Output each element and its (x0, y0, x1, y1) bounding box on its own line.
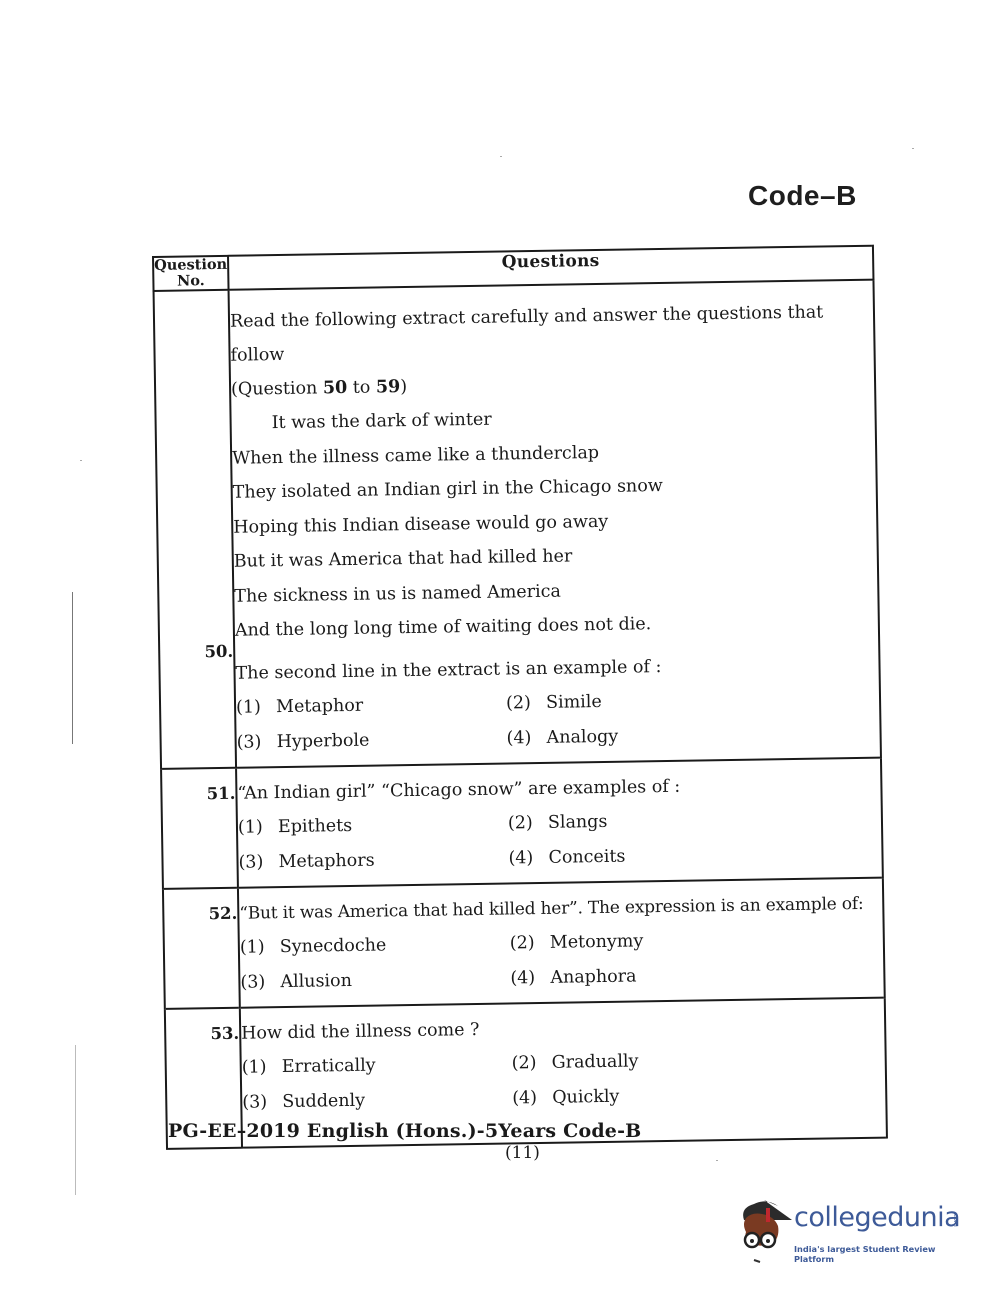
option-number: (2) (510, 925, 551, 961)
option: (2)Metonymy (510, 920, 884, 961)
option-number: (3) (236, 725, 277, 761)
option: (4)Conceits (508, 835, 882, 876)
option-number: (4) (508, 840, 549, 876)
option: (1)Metaphor (236, 686, 507, 725)
option-text: Erratically (282, 1055, 376, 1076)
option-text: Metonymy (550, 931, 644, 952)
option: (1)Epithets (238, 806, 509, 845)
option-text: Anaphora (550, 966, 636, 987)
option-text: Gradually (552, 1051, 639, 1072)
range-prefix: (Question (231, 378, 323, 399)
option: (3)Allusion (240, 961, 511, 1000)
question-number: 50. (160, 627, 234, 670)
option-text: Conceits (548, 846, 625, 867)
table-row: 51. “An Indian girl” “Chicago snow” are … (161, 757, 883, 888)
option-number: (1) (241, 1050, 282, 1086)
question-number: 52. (164, 888, 238, 931)
option-number: (1) (236, 690, 277, 726)
question-number: 53. (166, 1008, 240, 1051)
question-number-cell: 50. (154, 290, 236, 769)
option-number: (1) (238, 810, 279, 846)
paper-code: Code–B (748, 180, 857, 212)
option-number: (2) (511, 1045, 552, 1081)
option: (1)Erratically (241, 1046, 512, 1085)
option: (2)Simile (506, 680, 880, 721)
option-number: (1) (240, 930, 281, 966)
option-text: Hyperbole (276, 730, 369, 751)
scan-speck (500, 156, 502, 157)
range-start: 50 (323, 378, 348, 398)
option-text: Epithets (278, 815, 353, 836)
option-text: Slangs (548, 811, 608, 832)
passage-instruction: Read the following extract carefully and… (230, 281, 874, 373)
brand-name: collegedunia (794, 1202, 960, 1233)
footer-paper-title: PG-EE–2019 English (Hons.)-5Years Code-B (168, 1120, 641, 1142)
option: (4)Analogy (506, 715, 880, 756)
option: (2)Slangs (508, 800, 882, 841)
option-number: (4) (510, 960, 551, 996)
option-number: (2) (508, 805, 549, 841)
option: (4)Anaphora (510, 955, 884, 996)
option: (2)Gradually (511, 1040, 885, 1081)
page-number: (11) (505, 1143, 540, 1163)
scan-margin-line (75, 1045, 76, 1195)
question-number: 51. (162, 768, 236, 811)
question-number-cell: 52. (163, 887, 240, 1008)
table-row: 52. “But it was America that had killed … (163, 877, 885, 1008)
option-number: (3) (242, 1085, 283, 1121)
option-number: (3) (240, 965, 281, 1001)
scan-speck (716, 1160, 718, 1161)
brand-domain: .com (952, 1212, 959, 1227)
brand-tagline: India's largest Student Review Platform (794, 1244, 966, 1264)
table-row: 50. Read the following extract carefully… (154, 280, 881, 769)
option-text: Simile (546, 691, 602, 712)
question-cell: “But it was America that had killed her”… (238, 877, 885, 1007)
collegedunia-watermark: collegedunia .com India's largest Studen… (736, 1198, 966, 1268)
scan-speck (80, 460, 82, 461)
question-table: Question No. Questions 50. Read the foll… (152, 245, 888, 1150)
option-text: Metaphors (278, 850, 374, 872)
mascot-icon (736, 1198, 796, 1268)
question-number-cell: 51. (161, 767, 238, 888)
range-end: 59 (376, 377, 401, 397)
option-list: (1)Epithets (2)Slangs (3)Metaphors (4)Co… (238, 800, 882, 886)
option-text: Metaphor (276, 695, 363, 716)
column-header-line: No. (154, 273, 227, 290)
option-number: (2) (506, 685, 547, 721)
range-suffix: ) (400, 377, 407, 397)
option-number: (3) (238, 845, 279, 881)
option: (1)Synecdoche (240, 926, 511, 965)
option-list: (1)Metaphor (2)Simile (3)Hyperbole (4)An… (236, 680, 880, 766)
option-number: (4) (506, 720, 547, 756)
option-text: Analogy (546, 726, 618, 747)
option: (3)Metaphors (238, 841, 509, 880)
option-text: Synecdoche (280, 935, 387, 957)
question-cell: Read the following extract carefully and… (229, 280, 881, 768)
range-mid: to (347, 378, 376, 398)
option-text: Quickly (552, 1086, 619, 1107)
option-text: Suddenly (282, 1090, 365, 1111)
scan-speck (912, 148, 914, 149)
option-number: (4) (512, 1080, 553, 1116)
option-list: (1)Synecdoche (2)Metonymy (3)Allusion (4… (240, 920, 884, 1006)
option-text: Allusion (280, 970, 352, 991)
question-sheet: Question No. Questions 50. Read the foll… (152, 245, 888, 1150)
option: (4)Quickly (512, 1075, 886, 1116)
column-header-question-no: Question No. (153, 256, 229, 291)
scan-margin-line (72, 592, 73, 744)
option: (3)Suddenly (242, 1081, 513, 1120)
question-cell: “An Indian girl” “Chicago snow” are exam… (236, 757, 883, 887)
option: (3)Hyperbole (236, 721, 507, 760)
